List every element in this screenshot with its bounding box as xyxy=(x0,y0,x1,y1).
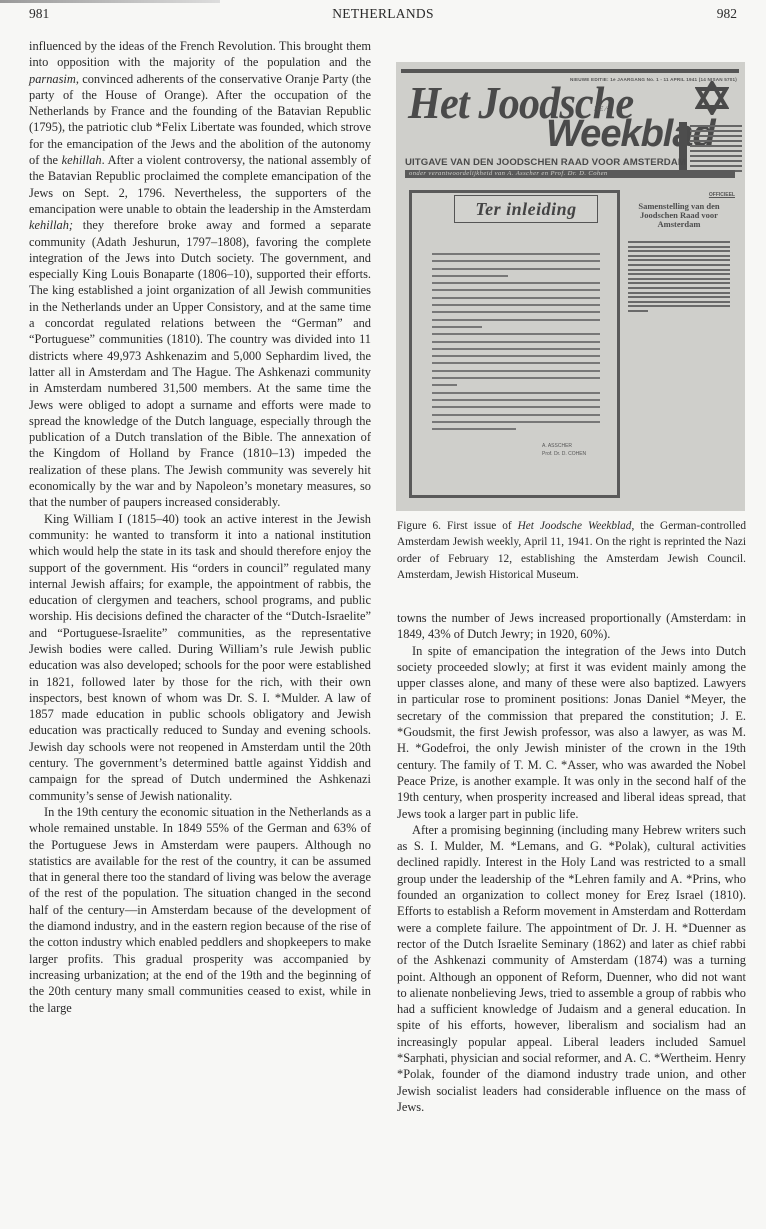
right-column: towns the number of Jews increased propo… xyxy=(397,610,746,1115)
italic-term: parnasim xyxy=(29,72,76,86)
figure-newspaper-image: NIEUWE EDITIE: 1e JAARGANG No. 1 - 11 AP… xyxy=(396,62,745,511)
text-run: influenced by the ideas of the French Re… xyxy=(29,39,371,69)
paragraph: In the 19th century the economic situati… xyxy=(29,804,371,1016)
text-run: they therefore broke away and formed a s… xyxy=(29,218,371,509)
editorial-text-lines xyxy=(432,253,600,435)
editorial-box: Ter inleiding A. ASSCHER Prof. Dr. D. CO… xyxy=(409,190,620,498)
running-head: 981 NETHERLANDS 982 xyxy=(29,6,737,24)
paragraph: towns the number of Jews increased propo… xyxy=(397,610,746,643)
signature-1: A. ASSCHER xyxy=(542,442,586,450)
left-column: influenced by the ideas of the French Re… xyxy=(29,38,371,1016)
italic-term: kehillah; xyxy=(29,218,73,232)
italic-term: kehillah xyxy=(62,153,102,167)
handwritten-mark: HE ⁄· xyxy=(594,105,608,113)
side-heading: Samenstelling van den Joodschen Raad voo… xyxy=(623,202,735,229)
italic-term: Het Joodsche Weekblad xyxy=(518,520,632,532)
masthead-band: onder verantwoordelijkheid van A. Assche… xyxy=(405,170,735,178)
running-title: NETHERLANDS xyxy=(29,6,737,22)
paragraph: After a promising beginning (including m… xyxy=(397,822,746,1115)
text-run: Figure 6. First issue of xyxy=(397,520,518,532)
masthead-rule xyxy=(401,69,739,73)
figure-caption: Figure 6. First issue of Het Joodsche We… xyxy=(397,518,746,583)
star-of-david-icon xyxy=(695,81,729,115)
page-number-right: 982 xyxy=(717,6,737,22)
paragraph: In spite of emancipation the integration… xyxy=(397,643,746,822)
signature-2: Prof. Dr. D. COHEN xyxy=(542,450,586,458)
side-text-lines xyxy=(628,241,730,315)
text-run: In the 19th century the economic situati… xyxy=(29,805,371,1015)
masthead-subtitle: UITGAVE VAN DEN JOODSCHEN RAAD VOOR AMST… xyxy=(405,157,686,168)
editorial-heading: Ter inleiding xyxy=(454,195,598,223)
text-run: After a promising beginning (including m… xyxy=(397,823,746,1114)
publisher-info-box xyxy=(679,122,745,174)
paragraph: influenced by the ideas of the French Re… xyxy=(29,38,371,511)
text-run: In spite of emancipation the integration… xyxy=(397,644,746,821)
editorial-signatures: A. ASSCHER Prof. Dr. D. COHEN xyxy=(542,442,586,458)
side-label: OFFICIEEL xyxy=(709,192,735,198)
paragraph: King William I (1815–40) took an active … xyxy=(29,511,371,804)
text-run: King William I (1815–40) took an active … xyxy=(29,512,371,803)
text-run: towns the number of Jews increased propo… xyxy=(397,611,746,641)
scan-edge xyxy=(0,0,220,3)
